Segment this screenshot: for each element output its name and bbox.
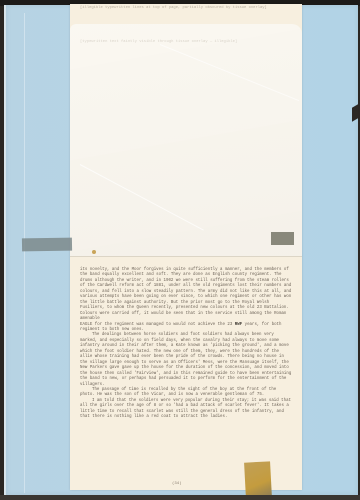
photo-bottom-edge bbox=[0, 495, 360, 500]
paragraph-4: I am told that the soldiers were very po… bbox=[80, 399, 292, 421]
tissue-overlay bbox=[70, 24, 302, 257]
tissue-crease bbox=[80, 164, 204, 231]
tissue-crease bbox=[160, 44, 299, 101]
paragraph-1: its novelty, and the Moor forgives in qu… bbox=[80, 268, 292, 323]
tape-strip-bottom bbox=[244, 461, 272, 498]
paragraph-1-bold-line: EAGLE for the regiment was managed to wo… bbox=[80, 323, 292, 334]
board-edge-line bbox=[24, 13, 25, 493]
main-text-body: its novelty, and the Moor forgives in qu… bbox=[80, 268, 292, 421]
paragraph-1-bold-line-text: EAGLE for the regiment was managed to wo… bbox=[80, 323, 235, 327]
overlay-text-faint: [typewritten text faintly visible throug… bbox=[80, 40, 292, 45]
tape-strip-left bbox=[22, 238, 72, 252]
pin-mark bbox=[92, 250, 96, 254]
paragraph-2: The dealings between horse soldiers and … bbox=[80, 333, 292, 388]
page-number: (34) bbox=[172, 482, 182, 486]
paragraph-3: The passage of time is recalled by the s… bbox=[80, 388, 292, 399]
tape-strip-right bbox=[271, 232, 294, 245]
header-text-faint: [illegible typewritten lines at top of p… bbox=[80, 6, 292, 11]
